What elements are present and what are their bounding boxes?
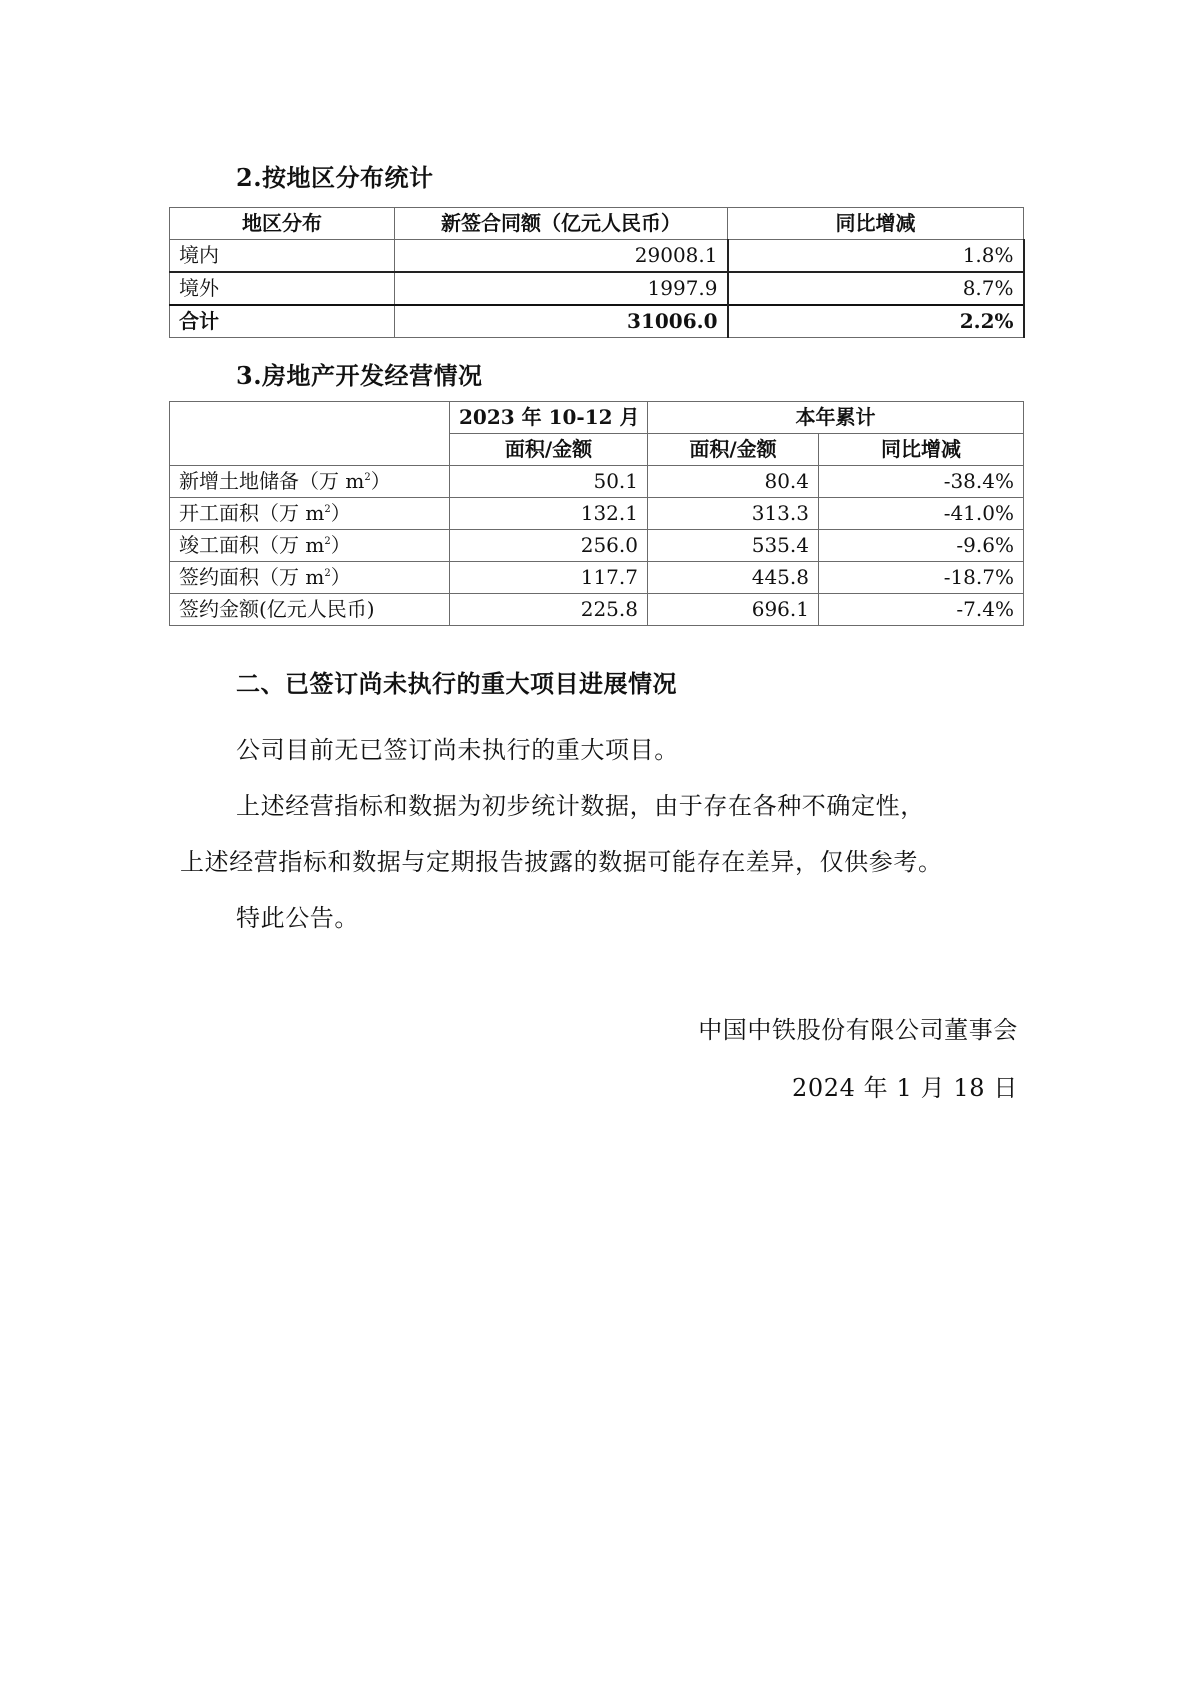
metric-label: 新增土地储备（万 m2） bbox=[170, 466, 450, 498]
period-value: 225.8 bbox=[450, 594, 648, 626]
real-estate-table: 2023 年 10-12 月 本年累计 面积/金额 面积/金额 同比增减 新增土… bbox=[169, 401, 1024, 626]
region-contract-table: 地区分布 新签合同额（亿元人民币） 同比增减 境内 29008.1 1.8% 境… bbox=[169, 207, 1025, 338]
section-heading-real-estate: 3.房地产开发经营情况 bbox=[236, 356, 483, 391]
column-header: 新签合同额（亿元人民币） bbox=[395, 208, 728, 240]
period-value: 132.1 bbox=[450, 498, 648, 530]
table-header-row: 地区分布 新签合同额（亿元人民币） 同比增减 bbox=[170, 208, 1024, 240]
yoy-change: -18.7% bbox=[819, 562, 1024, 594]
table-row: 签约金额(亿元人民币) 225.8 696.1 -7.4% bbox=[170, 594, 1024, 626]
ytd-value: 696.1 bbox=[648, 594, 819, 626]
section-heading-region: 2.按地区分布统计 bbox=[236, 158, 434, 193]
paragraph-continuation: 上述经营指标和数据与定期报告披露的数据可能存在差异，仅供参考。 bbox=[180, 842, 943, 877]
signature-organization: 中国中铁股份有限公司董事会 bbox=[698, 1010, 1018, 1045]
metric-label: 开工面积（万 m2） bbox=[170, 498, 450, 530]
ytd-value: 445.8 bbox=[648, 562, 819, 594]
table-total-row: 合计 31006.0 2.2% bbox=[170, 305, 1024, 338]
part-two-heading: 二、已签订尚未执行的重大项目进展情况 bbox=[236, 664, 677, 699]
contract-amount: 1997.9 bbox=[395, 272, 728, 305]
empty-corner-cell bbox=[170, 402, 450, 466]
ytd-value: 535.4 bbox=[648, 530, 819, 562]
region-label: 境内 bbox=[170, 240, 395, 273]
yoy-change: -7.4% bbox=[819, 594, 1024, 626]
total-label: 合计 bbox=[170, 305, 395, 338]
column-header: 面积/金额 bbox=[450, 434, 648, 466]
column-header: 地区分布 bbox=[170, 208, 395, 240]
document-page: 2.按地区分布统计 地区分布 新签合同额（亿元人民币） 同比增减 境内 2900… bbox=[0, 0, 1190, 1683]
period-value: 256.0 bbox=[450, 530, 648, 562]
metric-label: 竣工面积（万 m2） bbox=[170, 530, 450, 562]
table-row: 新增土地储备（万 m2） 50.1 80.4 -38.4% bbox=[170, 466, 1024, 498]
paragraph: 公司目前无已签订尚未执行的重大项目。 bbox=[236, 730, 679, 765]
yoy-change: -41.0% bbox=[819, 498, 1024, 530]
contract-amount: 29008.1 bbox=[395, 240, 728, 273]
table-row: 境内 29008.1 1.8% bbox=[170, 240, 1024, 273]
column-group-period: 2023 年 10-12 月 bbox=[450, 402, 648, 434]
table-row: 签约面积（万 m2） 117.7 445.8 -18.7% bbox=[170, 562, 1024, 594]
column-header: 面积/金额 bbox=[648, 434, 819, 466]
table-header-row: 2023 年 10-12 月 本年累计 bbox=[170, 402, 1024, 434]
table-row: 境外 1997.9 8.7% bbox=[170, 272, 1024, 305]
ytd-value: 80.4 bbox=[648, 466, 819, 498]
period-value: 50.1 bbox=[450, 466, 648, 498]
yoy-change: 8.7% bbox=[728, 272, 1024, 305]
metric-label: 签约面积（万 m2） bbox=[170, 562, 450, 594]
paragraph-closing: 特此公告。 bbox=[236, 898, 359, 933]
column-header: 同比增减 bbox=[728, 208, 1024, 240]
table-row: 竣工面积（万 m2） 256.0 535.4 -9.6% bbox=[170, 530, 1024, 562]
metric-label: 签约金额(亿元人民币) bbox=[170, 594, 450, 626]
column-group-ytd: 本年累计 bbox=[648, 402, 1024, 434]
column-header: 同比增减 bbox=[819, 434, 1024, 466]
table-row: 开工面积（万 m2） 132.1 313.3 -41.0% bbox=[170, 498, 1024, 530]
period-value: 117.7 bbox=[450, 562, 648, 594]
total-amount: 31006.0 bbox=[395, 305, 728, 338]
total-yoy: 2.2% bbox=[728, 305, 1024, 338]
signature-date: 2024 年 1 月 18 日 bbox=[792, 1068, 1018, 1103]
yoy-change: -9.6% bbox=[819, 530, 1024, 562]
region-label: 境外 bbox=[170, 272, 395, 305]
yoy-change: 1.8% bbox=[728, 240, 1024, 273]
paragraph: 上述经营指标和数据为初步统计数据，由于存在各种不确定性， bbox=[236, 786, 925, 821]
yoy-change: -38.4% bbox=[819, 466, 1024, 498]
ytd-value: 313.3 bbox=[648, 498, 819, 530]
